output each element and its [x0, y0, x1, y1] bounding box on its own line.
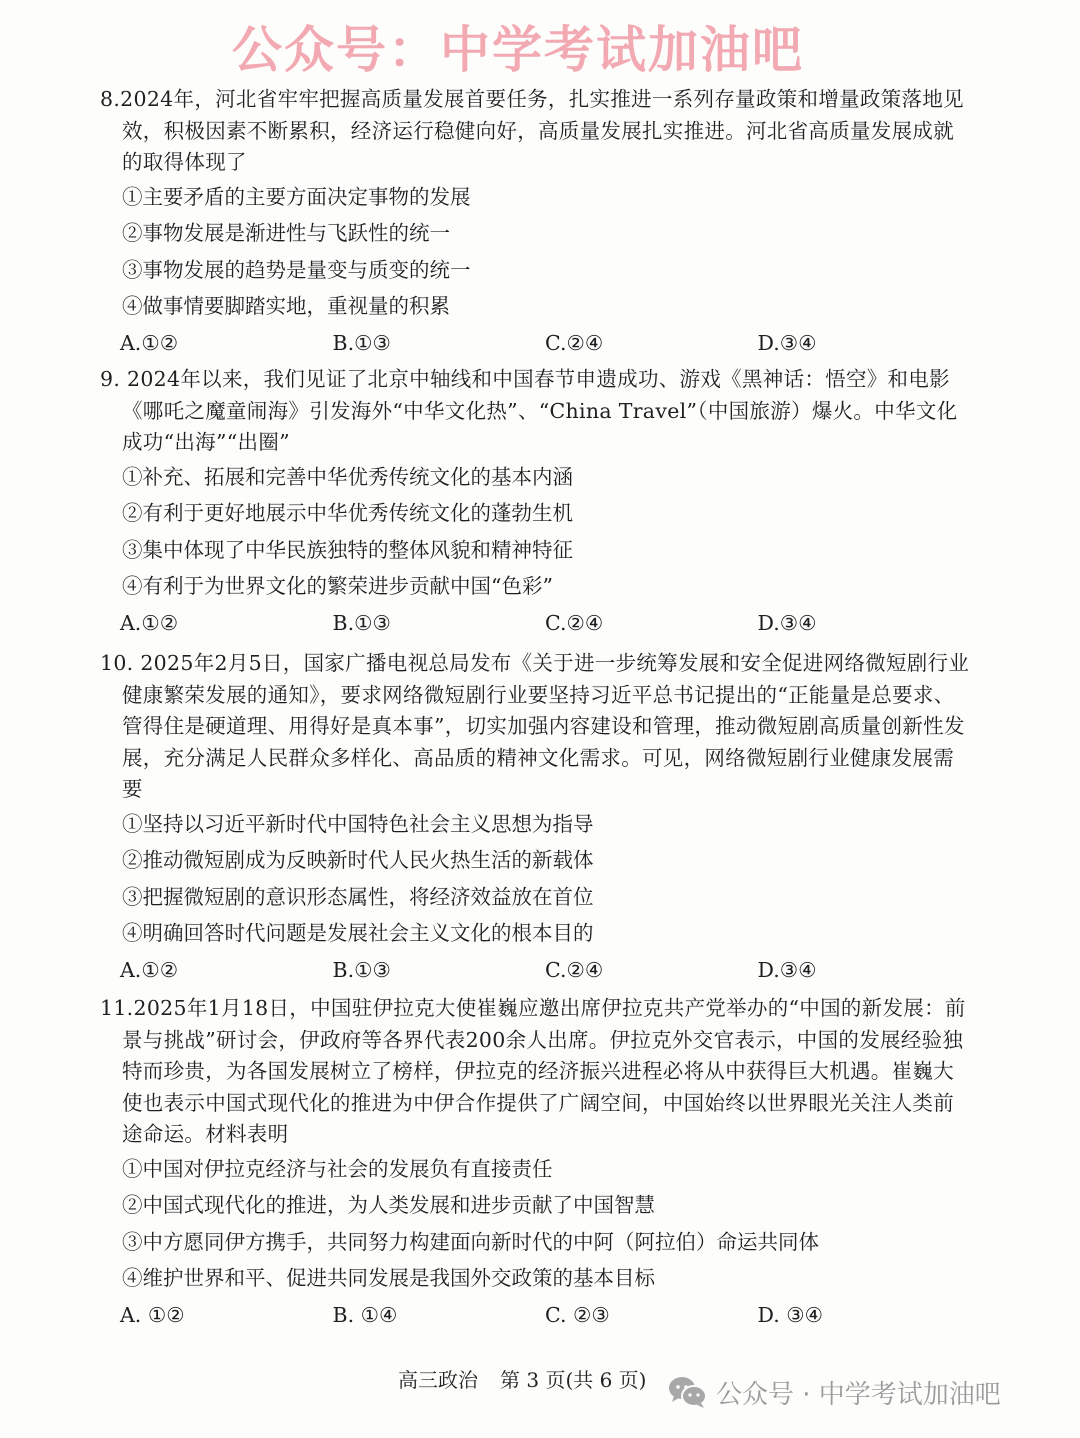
choice-d[interactable]: D.③④ — [758, 952, 971, 988]
choice-d[interactable]: D.③④ — [758, 605, 971, 641]
option-3: ③把握微短剧的意识形态属性，将经济效益放在首位 — [100, 879, 970, 916]
option-1: ①中国对伊拉克经济与社会的发展负有直接责任 — [100, 1151, 970, 1188]
option-2: ②推动微短剧成为反映新时代人民火热生活的新载体 — [100, 842, 970, 879]
option-3: ③中方愿同伊方携手，共同努力构建面向新时代的中阿（阿拉伯）命运共同体 — [100, 1224, 970, 1261]
choice-c[interactable]: C.②④ — [545, 952, 758, 988]
footer-subject: 高三政治 — [398, 1368, 478, 1392]
question-stem: 9. 2024年以来，我们见证了北京中轴线和中国春节申遗成功、游戏《黑神话：悟空… — [100, 364, 970, 459]
option-4: ④有利于为世界文化的繁荣进步贡献中国“色彩” — [100, 568, 970, 605]
footer-page-number: 第 3 页(共 6 页) — [500, 1368, 646, 1392]
answer-choices: A.①② B.①③ C.②④ D.③④ — [100, 325, 970, 361]
choice-d[interactable]: D. ③④ — [758, 1297, 971, 1333]
watermark-bottom-text: 公众号 · 中学考试加油吧 — [716, 1374, 1001, 1411]
question-8: 8.2024年，河北省牢牢把握高质量发展首要任务，扎实推进一系列存量政策和增量政… — [100, 84, 970, 361]
option-1: ①坚持以习近平新时代中国特色社会主义思想为指导 — [100, 806, 970, 843]
question-stem: 8.2024年，河北省牢牢把握高质量发展首要任务，扎实推进一系列存量政策和增量政… — [100, 84, 970, 179]
choice-a[interactable]: A. ①② — [120, 1297, 333, 1333]
option-1: ①补充、拓展和完善中华优秀传统文化的基本内涵 — [100, 459, 970, 496]
choice-d[interactable]: D.③④ — [758, 325, 971, 361]
watermark-bottom: 公众号 · 中学考试加油吧 — [668, 1370, 1001, 1414]
question-stem: 10. 2025年2月5日，国家广播电视总局发布《关于进一步统筹发展和安全促进网… — [100, 648, 970, 806]
choice-c[interactable]: C.②④ — [545, 325, 758, 361]
choice-a[interactable]: A.①② — [120, 952, 333, 988]
choice-a[interactable]: A.①② — [120, 605, 333, 641]
option-4: ④明确回答时代问题是发展社会主义文化的根本目的 — [100, 915, 970, 952]
question-9: 9. 2024年以来，我们见证了北京中轴线和中国春节申遗成功、游戏《黑神话：悟空… — [100, 364, 970, 641]
question-stem: 11.2025年1月18日，中国驻伊拉克大使崔巍应邀出席伊拉克共产党举办的“中国… — [100, 993, 970, 1151]
option-2: ②事物发展是渐进性与飞跃性的统一 — [100, 215, 970, 252]
wechat-icon — [668, 1375, 708, 1409]
choice-b[interactable]: B.①③ — [333, 605, 546, 641]
option-2: ②有利于更好地展示中华优秀传统文化的蓬勃生机 — [100, 495, 970, 532]
choice-b[interactable]: B. ①④ — [333, 1297, 546, 1333]
option-4: ④维护世界和平、促进共同发展是我国外交政策的基本目标 — [100, 1260, 970, 1297]
option-2: ②中国式现代化的推进，为人类发展和进步贡献了中国智慧 — [100, 1187, 970, 1224]
watermark-top: 公众号：中学考试加油吧 — [232, 20, 792, 80]
question-11: 11.2025年1月18日，中国驻伊拉克大使崔巍应邀出席伊拉克共产党举办的“中国… — [100, 993, 970, 1333]
option-4: ④做事情要脚踏实地，重视量的积累 — [100, 288, 970, 325]
choice-b[interactable]: B.①③ — [333, 952, 546, 988]
answer-choices: A.①② B.①③ C.②④ D.③④ — [100, 952, 970, 988]
page-footer: 高三政治第 3 页(共 6 页) — [398, 1365, 668, 1395]
answer-choices: A. ①② B. ①④ C. ②③ D. ③④ — [100, 1297, 970, 1333]
question-10: 10. 2025年2月5日，国家广播电视总局发布《关于进一步统筹发展和安全促进网… — [100, 648, 970, 988]
option-1: ①主要矛盾的主要方面决定事物的发展 — [100, 179, 970, 216]
option-3: ③事物发展的趋势是量变与质变的统一 — [100, 252, 970, 289]
choice-b[interactable]: B.①③ — [333, 325, 546, 361]
answer-choices: A.①② B.①③ C.②④ D.③④ — [100, 605, 970, 641]
choice-c[interactable]: C.②④ — [545, 605, 758, 641]
choice-c[interactable]: C. ②③ — [545, 1297, 758, 1333]
option-3: ③集中体现了中华民族独特的整体风貌和精神特征 — [100, 532, 970, 569]
choice-a[interactable]: A.①② — [120, 325, 333, 361]
